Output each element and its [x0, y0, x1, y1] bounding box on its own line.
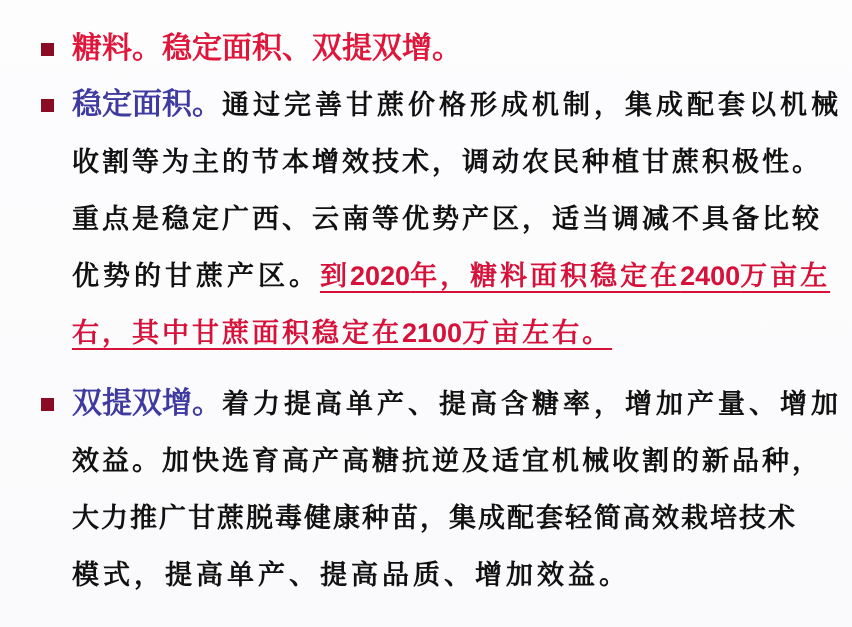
bullet-icon [41, 43, 54, 56]
section-stable-area-line-2: 收割等为主的节本增效技术，调动农民种植甘蔗积极性。 [72, 140, 822, 184]
section-heading: 双提双增。 [72, 386, 222, 421]
highlight-target-text: 到2020年，糖料面积稳定在2400万亩左 [320, 261, 830, 292]
highlight-part: 年，糖料面积稳定在 [410, 261, 680, 292]
section-stable-area-line-3: 重点是稳定广西、云南等优势产区，适当调减不具备比较 [72, 197, 822, 241]
section-stable-area-line-5: 右，其中甘蔗面积稳定在2100万亩左右。 [72, 311, 612, 355]
section-double-increase-line-3: 大力推广甘蔗脱毒健康种苗，集成配套轻简高效栽培技术 [72, 496, 797, 540]
slide: 糖料。稳定面积、双提双增。 稳定面积。通过完善甘蔗价格形成机制，集成配套以机械 … [0, 0, 852, 627]
body-text: 模式，提高单产、提高品质、增加效益。 [72, 560, 630, 591]
highlight-year: 2020 [350, 261, 410, 291]
section-double-increase-line-2: 效益。加快选育高产高糖抗逆及适宜机械收割的新品种， [72, 439, 822, 483]
title-text: 糖料。稳定面积、双提双增。 [72, 31, 462, 66]
section-stable-area-line-4: 优势的甘蔗产区。到2020年，糖料面积稳定在2400万亩左 [72, 254, 830, 298]
highlight-part: 右，其中甘蔗面积稳定在 [72, 318, 402, 349]
section-double-increase-line-4: 模式，提高单产、提高品质、增加效益。 [72, 553, 630, 597]
slide-title: 糖料。稳定面积、双提双增。 [72, 27, 462, 71]
section-double-increase-line-1: 双提双增。着力提高单产、提高含糖率，增加产量、增加 [72, 382, 842, 426]
highlight-part: 万亩左 [740, 261, 830, 292]
highlight-target-text: 右，其中甘蔗面积稳定在2100万亩左右。 [72, 318, 612, 349]
bullet-icon [41, 99, 54, 112]
body-text: 重点是稳定广西、云南等优势产区，适当调减不具备比较 [72, 204, 822, 235]
highlight-part: 到 [320, 261, 350, 292]
body-text: 优势的甘蔗产区。 [72, 261, 320, 292]
section-heading: 稳定面积。 [72, 87, 222, 122]
body-text: 收割等为主的节本增效技术，调动农民种植甘蔗积极性。 [72, 147, 822, 178]
highlight-value: 2100 [402, 318, 462, 348]
body-text: 通过完善甘蔗价格形成机制，集成配套以机械 [222, 90, 842, 121]
highlight-value: 2400 [680, 261, 740, 291]
body-text: 效益。加快选育高产高糖抗逆及适宜机械收割的新品种， [72, 446, 822, 477]
highlight-part: 万亩左右。 [462, 318, 612, 349]
body-text: 着力提高单产、提高含糖率，增加产量、增加 [222, 389, 842, 420]
body-text: 大力推广甘蔗脱毒健康种苗，集成配套轻简高效栽培技术 [72, 503, 797, 534]
bullet-icon [41, 398, 54, 411]
section-stable-area-line-1: 稳定面积。通过完善甘蔗价格形成机制，集成配套以机械 [72, 83, 842, 127]
